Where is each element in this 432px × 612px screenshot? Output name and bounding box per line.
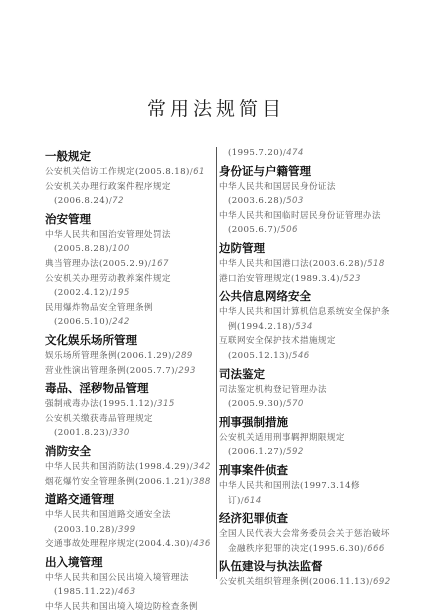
page-number: 242	[112, 317, 130, 327]
regulation-title: 营业性演出管理条例(2005.7.7)	[45, 366, 175, 376]
regulation-entry[interactable]: 公安机关信访工作规定(2005.8.18)/61	[45, 165, 215, 180]
page-number: 518	[367, 259, 385, 269]
section-heading: 道路交通管理	[45, 491, 215, 507]
page-number: 506	[280, 225, 298, 235]
section-heading: 司法鉴定	[219, 366, 391, 382]
regulation-entry[interactable]: 中华人民共和国治安管理处罚法(2005.8.28)/100	[45, 228, 215, 257]
regulation-entry[interactable]: 港口治安管理规定(1989.3.4)/523	[219, 272, 391, 287]
page-number: 614	[244, 496, 262, 506]
regulation-title: 中华人民共和国出境入境边防检查条例	[45, 602, 198, 612]
regulation-entry[interactable]: (1995.7.20)/474	[219, 146, 391, 161]
page-number: 342	[193, 462, 211, 472]
page-number: 167	[151, 259, 169, 269]
page-number: 388	[193, 477, 211, 487]
regulation-entry[interactable]: 司法鉴定机构登记管理办法(2005.9.30)/570	[219, 383, 391, 412]
regulation-entry[interactable]: 全国人民代表大会常务委员会关于惩治破坏金融秩序犯罪的决定(1995.6.30)/…	[219, 527, 391, 556]
page-number: 523	[343, 274, 361, 284]
column-divider	[216, 147, 217, 579]
page-number: 592	[286, 447, 304, 457]
regulation-entry[interactable]: 公安机关缴获毒品管理规定(2001.8.23)/330	[45, 412, 215, 441]
regulation-title: 港口治安管理规定(1989.3.4)	[219, 274, 340, 284]
page-number: 315	[157, 399, 175, 409]
regulation-entry[interactable]: 互联网安全保护技术措施规定(2005.12.13)/546	[219, 334, 391, 363]
regulation-title: 民用爆炸物品安全管理条例(2006.5.10)	[45, 303, 153, 328]
section-heading: 一般规定	[45, 148, 215, 164]
page-number: 570	[286, 399, 304, 409]
regulation-entry[interactable]: 民用爆炸物品安全管理条例(2006.5.10)/242	[45, 301, 215, 330]
section-heading: 刑事案件侦查	[219, 462, 391, 478]
left-column: 一般规定公安机关信访工作规定(2005.8.18)/61公安机关办理行政案件程序…	[45, 146, 215, 612]
section-heading: 公共信息网络安全	[219, 288, 391, 304]
regulation-entry[interactable]: 公安机关组织管理条例(2006.11.13)/692	[219, 575, 391, 590]
section-heading: 经济犯罪侦查	[219, 510, 391, 526]
section-heading: 文化娱乐场所管理	[45, 332, 215, 348]
regulation-entry[interactable]: 中华人民共和国居民身份证法(2003.6.28)/503	[219, 180, 391, 209]
regulation-title: 司法鉴定机构登记管理办法(2005.9.30)	[219, 385, 327, 410]
regulation-title: 典当管理办法(2005.2.9)	[45, 259, 148, 269]
page-number: 463	[118, 587, 136, 597]
page-number: 195	[112, 288, 130, 298]
regulation-title: 中华人民共和国临时居民身份证管理办法(2005.6.7)	[219, 211, 381, 236]
page-number: 436	[193, 539, 211, 549]
regulation-entry[interactable]: 中华人民共和国港口法(2003.6.28)/518	[219, 257, 391, 272]
page-number: 474	[286, 148, 304, 158]
regulation-entry[interactable]: 娱乐场所管理条例(2006.1.29)/289	[45, 349, 215, 364]
section-heading: 队伍建设与执法监督	[219, 558, 391, 574]
regulation-entry[interactable]: 公安机关办理行政案件程序规定(2006.8.24)/72	[45, 180, 215, 209]
page-number: 503	[286, 196, 304, 206]
right-column: (1995.7.20)/474身份证与户籍管理中华人民共和国居民身份证法(200…	[219, 146, 391, 590]
regulation-title: 公安机关缴获毒品管理规定(2001.8.23)	[45, 414, 153, 439]
section-heading: 出入境管理	[45, 554, 215, 570]
section-heading: 治安管理	[45, 211, 215, 227]
page-number: 293	[178, 366, 196, 376]
regulation-entry[interactable]: 公安机关办理劳动教养案件规定(2002.4.12)/195	[45, 272, 215, 301]
regulation-title: 互联网安全保护技术措施规定(2005.12.13)	[219, 336, 336, 361]
regulation-entry[interactable]: 中华人民共和国消防法(1998.4.29)/342	[45, 460, 215, 475]
regulation-entry[interactable]: 典当管理办法(2005.2.9)/167	[45, 257, 215, 272]
regulation-title: 烟花爆竹安全管理条例(2006.1.21)	[45, 477, 190, 487]
regulation-entry[interactable]: 烟花爆竹安全管理条例(2006.1.21)/388	[45, 475, 215, 490]
page-number: 399	[118, 525, 136, 535]
section-heading: 边防管理	[219, 240, 391, 256]
page-number: 289	[175, 351, 193, 361]
regulation-entry[interactable]: 中华人民共和国公民出境入境管理法(1985.11.22)/463	[45, 571, 215, 600]
section-heading: 毒品、淫秽物品管理	[45, 380, 215, 396]
page-number: 61	[193, 167, 205, 177]
regulation-entry[interactable]: 中华人民共和国道路交通安全法(2003.10.28)/399	[45, 508, 215, 537]
regulation-title: 公安机关组织管理条例(2006.11.13)	[219, 577, 370, 587]
regulation-title: 公安机关信访工作规定(2005.8.18)	[45, 167, 190, 177]
page-number: 546	[292, 351, 310, 361]
regulation-title: 中华人民共和国道路交通安全法(2003.10.28)	[45, 510, 171, 535]
page-number: 330	[112, 428, 130, 438]
regulation-title: 中华人民共和国港口法(2003.6.28)	[219, 259, 364, 269]
regulation-title: (1995.7.20)	[228, 148, 283, 158]
regulation-entry[interactable]: 强制戒毒办法(1995.1.12)/315	[45, 397, 215, 412]
regulation-entry[interactable]: 中华人民共和国出境入境边防检查条例	[45, 600, 215, 612]
section-heading: 刑事强制措施	[219, 414, 391, 430]
regulation-entry[interactable]: 中华人民共和国刑法(1997.3.14修订)/614	[219, 479, 391, 508]
page-title: 常用法规简目	[0, 94, 432, 121]
page-number: 666	[367, 544, 385, 554]
regulation-title: 娱乐场所管理条例(2006.1.29)	[45, 351, 172, 361]
regulation-entry[interactable]: 交通事故处理程序规定(2004.4.30)/436	[45, 537, 215, 552]
regulation-entry[interactable]: 营业性演出管理条例(2005.7.7)/293	[45, 364, 215, 379]
page-number: 100	[112, 244, 130, 254]
page-number: 72	[112, 196, 124, 206]
page-number: 534	[295, 322, 313, 332]
regulation-title: 强制戒毒办法(1995.1.12)	[45, 399, 154, 409]
regulation-title: 中华人民共和国居民身份证法(2003.6.28)	[219, 182, 336, 207]
regulation-entry[interactable]: 中华人民共和国临时居民身份证管理办法(2005.6.7)/506	[219, 209, 391, 238]
regulation-title: 交通事故处理程序规定(2004.4.30)	[45, 539, 190, 549]
regulation-title: 中华人民共和国消防法(1998.4.29)	[45, 462, 190, 472]
section-heading: 消防安全	[45, 443, 215, 459]
regulation-entry[interactable]: 中华人民共和国计算机信息系统安全保护条例(1994.2.18)/534	[219, 305, 391, 334]
page-number: 692	[373, 577, 391, 587]
section-heading: 身份证与户籍管理	[219, 163, 391, 179]
regulation-entry[interactable]: 公安机关适用刑事羁押期限规定(2006.1.27)/592	[219, 431, 391, 460]
